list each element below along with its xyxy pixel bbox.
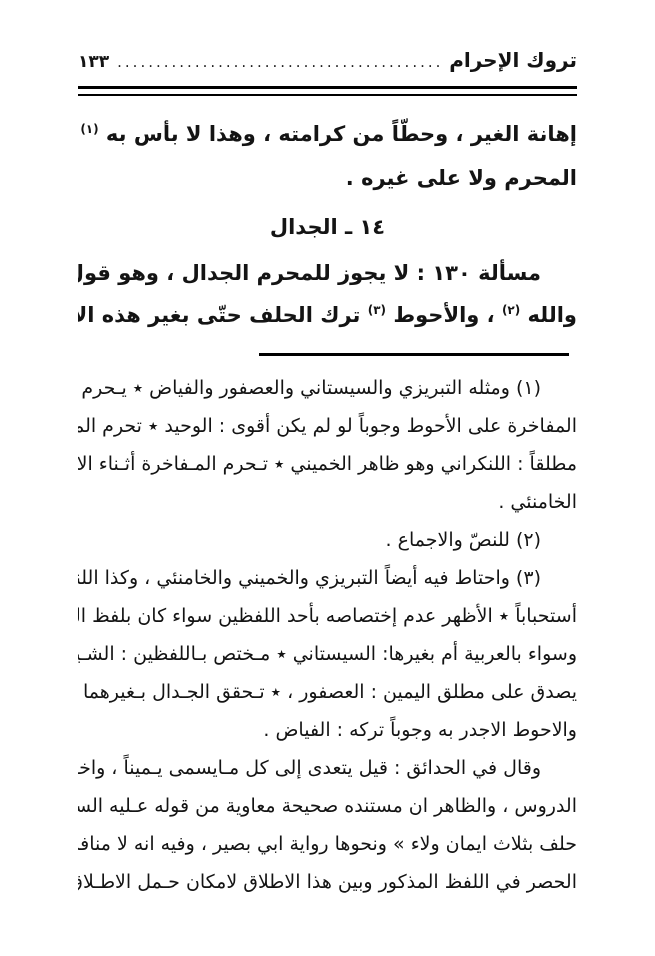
footnote-line: حلف بثلاث ايمان ولاء » ونحوها رواية ابي … xyxy=(78,825,577,863)
main-text: إهانة الغير ، وحطّاً من كرامته ، وهذا لا… xyxy=(78,112,577,336)
footnote-paragraph: (٢) للنصّ والاجماع . xyxy=(78,521,577,559)
text-segment: الحصر في اللفظ المذكور وبين هذا الاطلاق … xyxy=(78,871,577,893)
rule-thin xyxy=(78,94,577,96)
text-segment: (٢) للنصّ والاجماع . xyxy=(386,529,541,551)
footnote-line: (٢) للنصّ والاجماع . xyxy=(78,521,577,559)
body-line: المحرم ولا على غيره . xyxy=(78,156,577,200)
text-segment: حلف بثلاث ايمان ولاء » ونحوها رواية ابي … xyxy=(78,833,577,855)
footnote-line: وسواء بالعربية أم بغيرها: السيستاني ٭ مـ… xyxy=(78,635,577,673)
footnote-paragraph: (٣) واحتاط فيه أيضاً التبريزي والخميني و… xyxy=(78,559,577,749)
footnote-paragraph: وقال في الحدائق : قيل يتعدى إلى كل مـايس… xyxy=(78,749,577,901)
text-segment: الخامنئي . xyxy=(498,491,577,513)
footnote-paragraph: (١) ومثله التبريزي والسيستاني والعصفور و… xyxy=(78,369,577,521)
body-line: والله (٢) ، والأحوط (٣) ترك الحلف حتّى ب… xyxy=(78,294,577,336)
footnote-line: وقال في الحدائق : قيل يتعدى إلى كل مـايس… xyxy=(78,749,577,787)
text-segment: مسألة ١٣٠ : لا يجوز للمحرم الجدال ، وهو … xyxy=(78,261,541,285)
footnote-separator xyxy=(259,353,569,356)
text-segment: وسواء بالعربية أم بغيرها: السيستاني ٭ مـ… xyxy=(78,643,577,665)
text-segment: (١) ومثله التبريزي والسيستاني والعصفور و… xyxy=(78,377,541,399)
footnote-ref: (١) xyxy=(80,122,98,136)
text-segment: وقال في الحدائق : قيل يتعدى إلى كل مـايس… xyxy=(78,757,541,779)
rule-thick xyxy=(78,86,577,89)
text-segment: مطلقاً : اللنكراني وهو ظاهر الخميني ٭ تـ… xyxy=(78,453,577,475)
footnote-line: الحصر في اللفظ المذكور وبين هذا الاطلاق … xyxy=(78,863,577,901)
footnote-line: الدروس ، والظاهر ان مستنده صحيحة معاوية … xyxy=(78,787,577,825)
book-page: تروك الإحرام ...........................… xyxy=(0,0,655,956)
masala-paragraph: مسألة ١٣٠ : لا يجوز للمحرم الجدال ، وهو … xyxy=(78,252,577,336)
footnote-line: والاحوط الاجدر به وجوباً تركه : الفياض . xyxy=(78,711,577,749)
text-segment: المحرم ولا على غيره . xyxy=(346,166,577,190)
text-segment: يصدق على مطلق اليمين : العصفور ، ٭ تـحقق… xyxy=(78,681,577,703)
running-title: تروك الإحرام xyxy=(449,48,577,72)
footnote-line: مطلقاً : اللنكراني وهو ظاهر الخميني ٭ تـ… xyxy=(78,445,577,483)
footnotes: (١) ومثله التبريزي والسيستاني والعصفور و… xyxy=(78,369,577,901)
text-segment: ، والأحوط xyxy=(386,303,502,327)
footnote-line: المفاخرة على الأحوط وجوباً لو لم يكن أقو… xyxy=(78,407,577,445)
footnote-ref: (٢) xyxy=(502,303,520,317)
double-rule xyxy=(78,86,577,96)
text-segment: والاحوط الاجدر به وجوباً تركه : الفياض . xyxy=(263,719,577,741)
footnote-line: أستحباباً ٭ الأظهر عدم إختصاصه بأحد اللف… xyxy=(78,597,577,635)
footnote-line: الخامنئي . xyxy=(78,483,577,521)
text-segment: المفاخرة على الأحوط وجوباً لو لم يكن أقو… xyxy=(78,415,577,437)
body-line: إهانة الغير ، وحطّاً من كرامته ، وهذا لا… xyxy=(78,112,577,156)
text-segment: إهانة الغير ، وحطّاً من كرامته ، وهذا لا… xyxy=(99,122,577,146)
text-segment: والله xyxy=(520,303,577,327)
body-line: مسألة ١٣٠ : لا يجوز للمحرم الجدال ، وهو … xyxy=(78,252,577,294)
page-number: ١٣٣ xyxy=(78,52,109,72)
text-segment: ترك الحلف حتّى بغير هذه الألفاظ . xyxy=(78,303,368,327)
text-segment: (٣) واحتاط فيه أيضاً التبريزي والخميني و… xyxy=(78,567,541,589)
footnote-line: (١) ومثله التبريزي والسيستاني والعصفور و… xyxy=(78,369,577,407)
footnote-line: يصدق على مطلق اليمين : العصفور ، ٭ تـحقق… xyxy=(78,673,577,711)
section-heading: ١٤ ـ الجدال xyxy=(78,206,577,248)
page-header: تروك الإحرام ...........................… xyxy=(78,48,577,78)
body-paragraph: إهانة الغير ، وحطّاً من كرامته ، وهذا لا… xyxy=(78,112,577,200)
leader-dots: ........................................… xyxy=(117,53,441,71)
text-segment: الدروس ، والظاهر ان مستنده صحيحة معاوية … xyxy=(78,795,577,817)
footnote-ref: (٣) xyxy=(368,303,386,317)
footnote-line: (٣) واحتاط فيه أيضاً التبريزي والخميني و… xyxy=(78,559,577,597)
text-segment: أستحباباً ٭ الأظهر عدم إختصاصه بأحد اللف… xyxy=(78,605,577,627)
